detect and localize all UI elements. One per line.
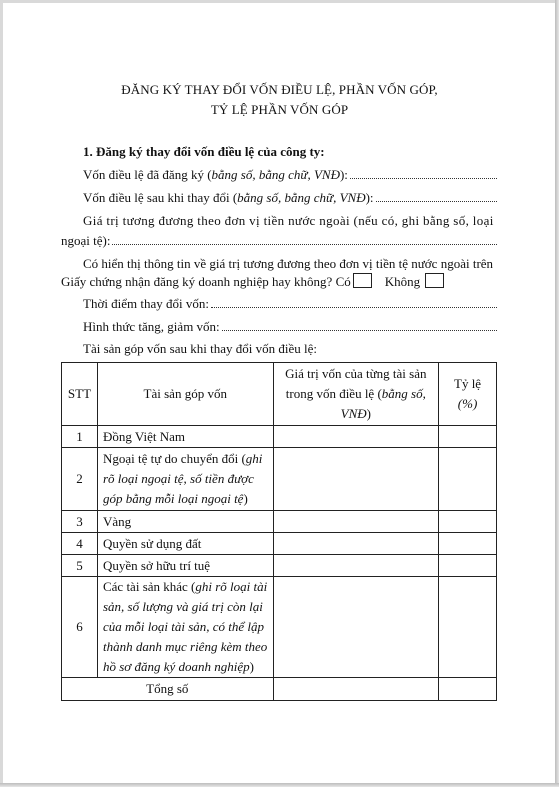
row-asset-name: Đồng Việt Nam bbox=[97, 426, 273, 448]
table-row: 4 Quyền sử dụng đất bbox=[62, 533, 497, 555]
row-stt: 2 bbox=[62, 448, 98, 511]
foreign-equivalent-dotted-line[interactable] bbox=[112, 233, 497, 245]
row-stt: 1 bbox=[62, 426, 98, 448]
row-ratio-cell[interactable] bbox=[439, 577, 497, 678]
row-asset-name: Quyền sử dụng đất bbox=[97, 533, 273, 555]
row-stt: 6 bbox=[62, 577, 98, 678]
change-time-field[interactable]: Thời điểm thay đổi vốn: bbox=[83, 296, 497, 312]
change-form-dotted-line[interactable] bbox=[222, 319, 497, 331]
no-checkbox[interactable] bbox=[425, 273, 444, 288]
row-ratio-cell[interactable] bbox=[439, 555, 497, 577]
total-label: Tổng số bbox=[62, 678, 274, 701]
row-value-cell[interactable] bbox=[273, 448, 439, 511]
registered-capital-dotted-line[interactable] bbox=[350, 167, 497, 179]
header-asset: Tài sản góp vốn bbox=[97, 363, 273, 426]
table-row: 1 Đồng Việt Nam bbox=[62, 426, 497, 448]
document-title-line2: TỶ LỆ PHẦN VỐN GÓP bbox=[0, 100, 559, 120]
table-header-row: STT Tài sản góp vốn Giá trị vốn của từng… bbox=[62, 363, 497, 426]
change-form-field[interactable]: Hình thức tăng, giảm vốn: bbox=[83, 319, 497, 335]
yes-checkbox[interactable] bbox=[353, 273, 372, 288]
table-row: 5 Quyền sở hữu trí tuệ bbox=[62, 555, 497, 577]
row-stt: 4 bbox=[62, 533, 98, 555]
document-title-line1: ĐĂNG KÝ THAY ĐỔI VỐN ĐIỀU LỆ, PHẦN VỐN G… bbox=[0, 80, 559, 100]
row-value-cell[interactable] bbox=[273, 533, 439, 555]
display-question-line1: Có hiển thị thông tin về giá trị tương đ… bbox=[83, 256, 497, 272]
table-row: 3 Vàng bbox=[62, 511, 497, 533]
header-ratio: Tỷ lệ(%) bbox=[439, 363, 497, 426]
foreign-equivalent-line1: Giá trị tương đương theo đơn vị tiền nướ… bbox=[83, 213, 497, 229]
yes-label: Có bbox=[336, 274, 351, 289]
header-stt: STT bbox=[62, 363, 98, 426]
row-asset-name: Các tài sản khác (ghi rõ loại tài sản, s… bbox=[97, 577, 273, 678]
row-ratio-cell[interactable] bbox=[439, 533, 497, 555]
no-label: Không bbox=[385, 274, 420, 289]
display-question-line2-row: Giấy chứng nhận đăng ký doanh nghiệp hay… bbox=[61, 273, 497, 290]
row-stt: 5 bbox=[62, 555, 98, 577]
total-value-cell[interactable] bbox=[273, 678, 439, 701]
row-value-cell[interactable] bbox=[273, 511, 439, 533]
assets-label: Tài sản góp vốn sau khi thay đổi vốn điề… bbox=[83, 341, 497, 357]
capital-assets-table: STT Tài sản góp vốn Giá trị vốn của từng… bbox=[61, 362, 497, 701]
change-time-dotted-line[interactable] bbox=[211, 296, 497, 308]
registered-capital-label: Vốn điều lệ đã đăng ký (bằng số, bằng ch… bbox=[83, 167, 348, 183]
registered-capital-field[interactable]: Vốn điều lệ đã đăng ký (bằng số, bằng ch… bbox=[83, 167, 497, 183]
page-shadow-bottom bbox=[0, 783, 559, 787]
capital-after-change-field[interactable]: Vốn điều lệ sau khi thay đổi (bằng số, b… bbox=[83, 190, 497, 206]
total-ratio-cell[interactable] bbox=[439, 678, 497, 701]
row-value-cell[interactable] bbox=[273, 555, 439, 577]
row-value-cell[interactable] bbox=[273, 577, 439, 678]
display-question-line2: Giấy chứng nhận đăng ký doanh nghiệp hay… bbox=[61, 274, 332, 289]
page-frame-top bbox=[0, 0, 559, 3]
row-stt: 3 bbox=[62, 511, 98, 533]
table-row: 6 Các tài sản khác (ghi rõ loại tài sản,… bbox=[62, 577, 497, 678]
change-form-label: Hình thức tăng, giảm vốn: bbox=[83, 319, 220, 335]
capital-after-change-dotted-line[interactable] bbox=[376, 190, 497, 202]
table-total-row: Tổng số bbox=[62, 678, 497, 701]
foreign-equivalent-field[interactable]: ngoại tệ): bbox=[61, 233, 497, 249]
row-value-cell[interactable] bbox=[273, 426, 439, 448]
row-ratio-cell[interactable] bbox=[439, 426, 497, 448]
table-row: 2 Ngoại tệ tự do chuyển đổi (ghi rõ loại… bbox=[62, 448, 497, 511]
foreign-equivalent-line2: ngoại tệ): bbox=[61, 233, 110, 249]
row-ratio-cell[interactable] bbox=[439, 448, 497, 511]
row-ratio-cell[interactable] bbox=[439, 511, 497, 533]
section-heading: 1. Đăng ký thay đổi vốn điều lệ của công… bbox=[83, 144, 497, 160]
header-value: Giá trị vốn của từng tài sản trong vốn đ… bbox=[273, 363, 439, 426]
row-asset-name: Vàng bbox=[97, 511, 273, 533]
capital-after-change-label: Vốn điều lệ sau khi thay đổi (bằng số, b… bbox=[83, 190, 374, 206]
row-asset-name: Quyền sở hữu trí tuệ bbox=[97, 555, 273, 577]
row-asset-name: Ngoại tệ tự do chuyển đổi (ghi rõ loại n… bbox=[97, 448, 273, 511]
change-time-label: Thời điểm thay đổi vốn: bbox=[83, 296, 209, 312]
